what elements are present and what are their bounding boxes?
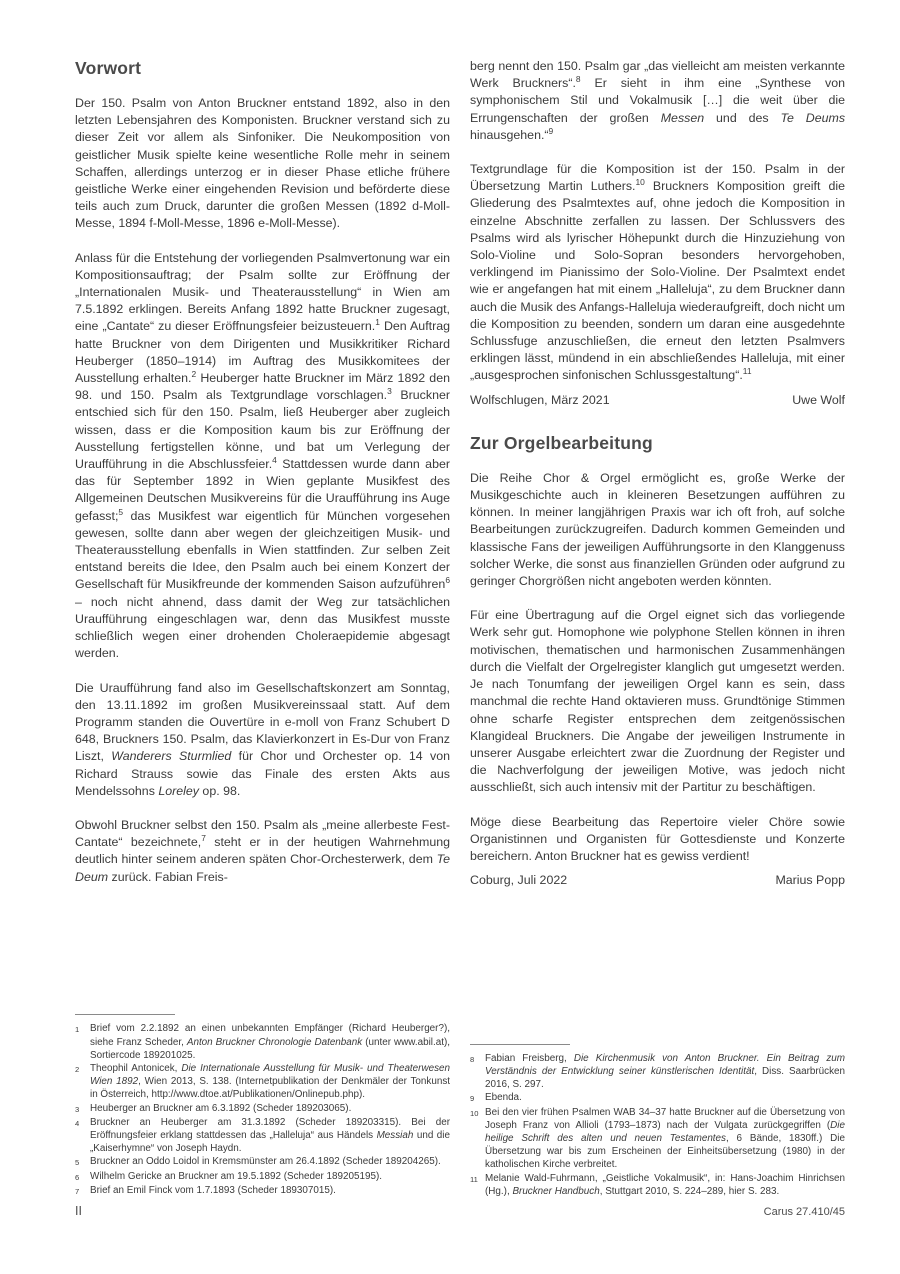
paragraph-vorwort-2: Anlass für die Entstehung der vorliegend… — [75, 250, 450, 663]
footnote-number: 7 — [75, 1184, 90, 1198]
footnote-text: Bruckner an Heuberger am 31.3.1892 (Sche… — [90, 1116, 450, 1156]
footnote-number: 6 — [75, 1170, 90, 1184]
footnote-9: 9 Ebenda. — [470, 1091, 845, 1105]
footnote-text: Wilhelm Gericke an Bruckner am 19.5.1892… — [90, 1170, 450, 1184]
footnote-text: Heuberger an Bruckner am 6.3.1892 (Sched… — [90, 1102, 450, 1116]
section-heading-orgelbearbeitung: Zur Orgelbearbeitung — [470, 433, 845, 454]
footnote-number: 9 — [470, 1091, 485, 1105]
orgel-signoff: Coburg, Juli 2022 Marius Popp — [470, 872, 845, 889]
page-number: II — [75, 1204, 82, 1218]
footnote-5: 5 Bruckner an Oddo Loidol in Kremsmünste… — [75, 1155, 450, 1169]
catalog-number: Carus 27.410/45 — [764, 1206, 845, 1218]
footnote-number: 8 — [470, 1052, 485, 1092]
footnote-1: 1 Brief vom 2.2.1892 an einen unbekannte… — [75, 1022, 450, 1062]
signoff-place-date: Wolfschlugen, März 2021 — [470, 392, 610, 409]
footnote-text: Melanie Wald-Fuhrmann, „Geistliche Vokal… — [485, 1172, 845, 1198]
footnote-number: 1 — [75, 1022, 90, 1062]
paragraph-orgel-3: Möge diese Bearbeitung das Repertoire vi… — [470, 814, 845, 866]
document-page: Vorwort Der 150. Psalm von Anton Bruckne… — [0, 0, 900, 1274]
footnote-number: 2 — [75, 1062, 90, 1102]
footnote-text: Bruckner an Oddo Loidol in Kremsmünster … — [90, 1155, 450, 1169]
footnote-text: Theophil Antonicek, Die Internationale A… — [90, 1062, 450, 1102]
page-footer: II Carus 27.410/45 — [75, 1204, 845, 1218]
signoff-place-date: Coburg, Juli 2022 — [470, 872, 567, 889]
footnote-number: 3 — [75, 1102, 90, 1116]
footnote-text: Fabian Freisberg, Die Kirchenmusik von A… — [485, 1052, 845, 1092]
footnote-10: 10 Bei den vier frühen Psalmen WAB 34–37… — [470, 1106, 845, 1172]
footnote-number: 10 — [470, 1106, 485, 1172]
footnote-11: 11 Melanie Wald-Fuhrmann, „Geistliche Vo… — [470, 1172, 845, 1198]
paragraph-vorwort-3: Die Uraufführung fand also im Gesellscha… — [75, 680, 450, 800]
paragraph-orgel-1: Die Reihe Chor & Orgel ermöglicht es, gr… — [470, 470, 845, 590]
paragraph-vorwort-4: Obwohl Bruckner selbst den 150. Psalm al… — [75, 817, 450, 886]
footnote-text: Brief vom 2.2.1892 an einen unbekannten … — [90, 1022, 450, 1062]
paragraph-vorwort-5: berg nennt den 150. Psalm gar „das viell… — [470, 58, 845, 144]
footnote-4: 4 Bruckner an Heuberger am 31.3.1892 (Sc… — [75, 1116, 450, 1156]
two-column-content: Vorwort Der 150. Psalm von Anton Bruckne… — [75, 58, 845, 1198]
left-column: Vorwort Der 150. Psalm von Anton Bruckne… — [75, 58, 450, 1198]
footnote-8: 8 Fabian Freisberg, Die Kirchenmusik von… — [470, 1052, 845, 1092]
footnote-number: 5 — [75, 1155, 90, 1169]
footnote-number: 11 — [470, 1172, 485, 1198]
footnote-3: 3 Heuberger an Bruckner am 6.3.1892 (Sch… — [75, 1102, 450, 1116]
right-column: berg nennt den 150. Psalm gar „das viell… — [470, 58, 845, 1198]
footnote-text: Ebenda. — [485, 1091, 845, 1105]
footnote-text: Bei den vier frühen Psalmen WAB 34–37 ha… — [485, 1106, 845, 1172]
paragraph-vorwort-1: Der 150. Psalm von Anton Bruckner entsta… — [75, 95, 450, 233]
footnote-7: 7 Brief an Emil Finck vom 1.7.1893 (Sche… — [75, 1184, 450, 1198]
vorwort-signoff: Wolfschlugen, März 2021 Uwe Wolf — [470, 392, 845, 409]
footnote-6: 6 Wilhelm Gericke an Bruckner am 19.5.18… — [75, 1170, 450, 1184]
footnote-2: 2 Theophil Antonicek, Die Internationale… — [75, 1062, 450, 1102]
footnotes-right: 8 Fabian Freisberg, Die Kirchenmusik von… — [470, 1044, 845, 1198]
signoff-author: Marius Popp — [775, 872, 845, 889]
footnote-divider — [470, 1044, 570, 1045]
footnote-number: 4 — [75, 1116, 90, 1156]
paragraph-orgel-2: Für eine Übertragung auf die Orgel eigne… — [470, 607, 845, 796]
paragraph-vorwort-6: Textgrundlage für die Komposition ist de… — [470, 161, 845, 385]
footnotes-left: 1 Brief vom 2.2.1892 an einen unbekannte… — [75, 1014, 450, 1198]
signoff-author: Uwe Wolf — [792, 392, 845, 409]
section-heading-vorwort: Vorwort — [75, 58, 450, 79]
footnote-divider — [75, 1014, 175, 1015]
footnote-text: Brief an Emil Finck vom 1.7.1893 (Schede… — [90, 1184, 450, 1198]
